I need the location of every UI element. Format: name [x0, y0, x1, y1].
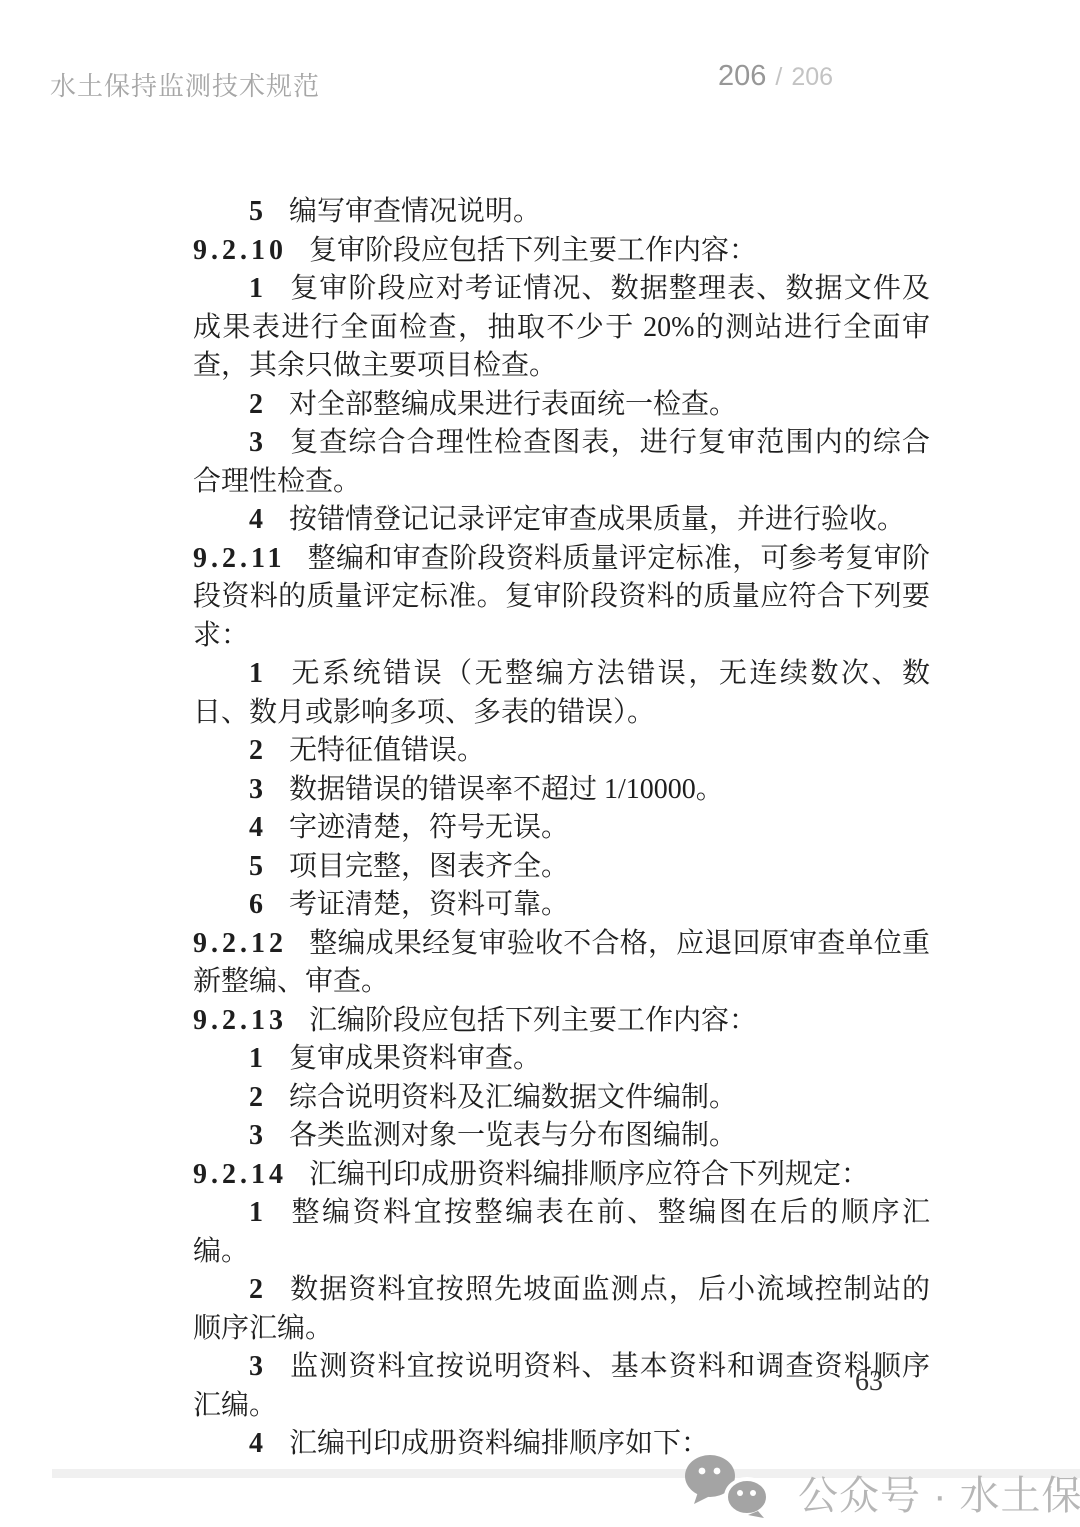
section-paragraph: 9.2.12整编成果经复审验收不合格，应退回原审查单位重新整编、审查。 — [193, 925, 930, 1002]
page-counter-current: 206 — [718, 60, 766, 93]
list-item-paragraph: 5编写审查情况说明。 — [193, 193, 930, 232]
section-paragraph: 9.2.14汇编刊印成册资料编排顺序应符合下列规定： — [193, 1156, 930, 1195]
clause-number: 6 — [249, 889, 263, 920]
list-item-paragraph: 6考证清楚，资料可靠。 — [193, 886, 930, 925]
list-item-paragraph: 1整编资料宜按整编表在前、整编图在后的顺序汇编。 — [193, 1194, 930, 1271]
wechat-icon — [684, 1454, 788, 1518]
list-item-paragraph: 4字迹清楚，符号无误。 — [193, 809, 930, 848]
folio-page-number: 63 — [855, 1366, 883, 1398]
clause-number: 4 — [249, 812, 263, 843]
clause-number: 9.2.14 — [193, 1159, 287, 1190]
page-counter-separator: / — [775, 63, 782, 92]
clause-text: 无特征值错误。 — [289, 735, 485, 766]
clause-number: 9.2.13 — [193, 1005, 287, 1036]
clause-text: 项目完整，图表齐全。 — [289, 851, 569, 882]
list-item-paragraph: 3复查综合合理性检查图表，进行复审范围内的综合合理性检查。 — [193, 424, 930, 501]
clause-number: 9.2.10 — [193, 235, 287, 266]
list-item-paragraph: 3数据错误的错误率不超过 1/10000。 — [193, 771, 930, 810]
list-item-paragraph: 2对全部整编成果进行表面统一检查。 — [193, 386, 930, 425]
clause-number: 3 — [249, 1351, 263, 1382]
clause-text: 复审阶段应对考证情况、数据整理表、数据文件及成果表进行全面检查，抽取不少于 20… — [193, 273, 930, 381]
clause-number: 4 — [249, 504, 263, 535]
clause-text: 汇编刊印成册资料编排顺序如下： — [289, 1428, 709, 1459]
list-item-paragraph: 1复审成果资料审查。 — [193, 1040, 930, 1079]
clause-number: 5 — [249, 196, 263, 227]
section-paragraph: 9.2.10复审阶段应包括下列主要工作内容： — [193, 232, 930, 271]
list-item-paragraph: 5项目完整，图表齐全。 — [193, 848, 930, 887]
clause-text: 编写审查情况说明。 — [289, 196, 541, 227]
clause-text: 复查综合合理性检查图表，进行复审范围内的综合合理性检查。 — [193, 427, 930, 497]
clause-number: 3 — [249, 774, 263, 805]
document-title: 水土保持监测技术规范 — [50, 66, 320, 103]
list-item-paragraph: 1无系统错误（无整编方法错误，无连续数次、数日、数月或影响多项、多表的错误）。 — [193, 655, 930, 732]
clause-text: 字迹清楚，符号无误。 — [289, 812, 569, 843]
clause-text: 无系统错误（无整编方法错误，无连续数次、数日、数月或影响多项、多表的错误）。 — [193, 658, 930, 728]
list-item-paragraph: 1复审阶段应对考证情况、数据整理表、数据文件及成果表进行全面检查，抽取不少于 2… — [193, 270, 930, 386]
clause-number: 2 — [249, 735, 263, 766]
page-counter: 206 / 206 — [718, 60, 833, 93]
document-body: 5编写审查情况说明。9.2.10复审阶段应包括下列主要工作内容：1复审阶段应对考… — [193, 193, 930, 1464]
list-item-paragraph: 3监测资料宜按说明资料、基本资料和调查资料顺序汇编。 — [193, 1348, 930, 1425]
clause-number: 9.2.11 — [193, 543, 285, 574]
watermark-account-label: 公众号 · 水土保持二三 — [798, 1464, 1080, 1521]
clause-number: 3 — [249, 1120, 263, 1151]
list-item-paragraph: 2数据资料宜按照先坡面监测点，后小流域控制站的顺序汇编。 — [193, 1271, 930, 1348]
section-paragraph: 9.2.11整编和审查阶段资料质量评定标准，可参考复审阶段资料的质量评定标准。复… — [193, 540, 930, 656]
clause-number: 1 — [249, 1043, 263, 1074]
clause-text: 监测资料宜按说明资料、基本资料和调查资料顺序汇编。 — [193, 1351, 930, 1421]
clause-text: 复审阶段应包括下列主要工作内容： — [309, 235, 757, 266]
list-item-paragraph: 2综合说明资料及汇编数据文件编制。 — [193, 1079, 930, 1118]
clause-number: 1 — [249, 273, 263, 304]
clause-number: 2 — [249, 1274, 263, 1305]
list-item-paragraph: 4汇编刊印成册资料编排顺序如下： — [193, 1425, 930, 1464]
clause-text: 综合说明资料及汇编数据文件编制。 — [289, 1082, 737, 1113]
clause-text: 数据错误的错误率不超过 1/10000。 — [289, 774, 724, 805]
clause-number: 2 — [249, 389, 263, 420]
clause-number: 3 — [249, 427, 263, 458]
clause-text: 对全部整编成果进行表面统一检查。 — [289, 389, 737, 420]
clause-number: 1 — [249, 1197, 263, 1228]
clause-text: 汇编刊印成册资料编排顺序应符合下列规定： — [309, 1159, 869, 1190]
clause-text: 汇编阶段应包括下列主要工作内容： — [309, 1005, 757, 1036]
clause-text: 整编和审查阶段资料质量评定标准，可参考复审阶段资料的质量评定标准。复审阶段资料的… — [193, 543, 930, 651]
clause-number: 4 — [249, 1428, 263, 1459]
clause-text: 整编资料宜按整编表在前、整编图在后的顺序汇编。 — [193, 1197, 930, 1267]
clause-text: 各类监测对象一览表与分布图编制。 — [289, 1120, 737, 1151]
clause-number: 1 — [249, 658, 263, 689]
list-item-paragraph: 2无特征值错误。 — [193, 732, 930, 771]
page-counter-total: 206 — [791, 63, 833, 92]
clause-text: 整编成果经复审验收不合格，应退回原审查单位重新整编、审查。 — [193, 928, 930, 998]
clause-number: 9.2.12 — [193, 928, 287, 959]
clause-text: 按错情登记记录评定审查成果质量，并进行验收。 — [289, 504, 905, 535]
clause-number: 5 — [249, 851, 263, 882]
clause-text: 复审成果资料审查。 — [289, 1043, 541, 1074]
clause-number: 2 — [249, 1082, 263, 1113]
list-item-paragraph: 3各类监测对象一览表与分布图编制。 — [193, 1117, 930, 1156]
clause-text: 考证清楚，资料可靠。 — [289, 889, 569, 920]
section-paragraph: 9.2.13汇编阶段应包括下列主要工作内容： — [193, 1002, 930, 1041]
list-item-paragraph: 4按错情登记记录评定审查成果质量，并进行验收。 — [193, 501, 930, 540]
clause-text: 数据资料宜按照先坡面监测点，后小流域控制站的顺序汇编。 — [193, 1274, 930, 1344]
document-viewer-page[interactable]: 水土保持监测技术规范 206 / 206 5编写审查情况说明。9.2.10复审阶… — [0, 0, 1080, 1527]
